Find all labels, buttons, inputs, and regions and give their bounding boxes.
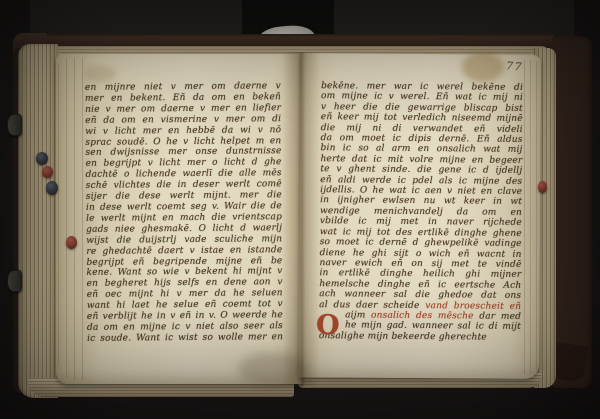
leather-cover-right-band — [552, 36, 592, 388]
page-stack-left-fore-edge — [18, 44, 58, 398]
folio-number: 77 — [506, 60, 524, 72]
parchment-stain — [462, 52, 504, 82]
parchment-stain — [84, 66, 116, 82]
rubric-text-run: vand broescheit eñ — [425, 301, 521, 312]
left-page-text-block: en mijnre niet v mer om daerne vmer en b… — [85, 81, 283, 344]
ink-text-run: en mijnre niet v mer om daerne v — [85, 81, 281, 93]
ink-text-run: eñ oec mijnt hi v mer da he seluen — [87, 288, 283, 300]
right-page-text-block: bekēne. mer war ic werel bekēne diom mij… — [319, 81, 523, 343]
page-marker-bead-red — [66, 236, 77, 249]
clasp-remnant — [7, 114, 22, 136]
clasp-remnant — [7, 270, 22, 292]
parchment-stain — [238, 352, 308, 386]
ink-text-run: aijm — [345, 310, 371, 320]
ink-text-run: dachtē o lichende waerlī die alle mēs — [86, 168, 282, 180]
ink-text-run: want hi laet he selue eñ coemt tot v — [87, 299, 283, 311]
ink-text-run: eñ da om en vismerine v mer om di — [85, 114, 281, 126]
page-marker-bead-red — [538, 181, 547, 193]
ink-text-run: in dese werlt coemt seg v. Wair die de — [86, 201, 282, 213]
manuscript-line: onsalighe mijn bekeerde gherechte — [319, 331, 521, 343]
page-marker-bead-dark — [36, 152, 48, 165]
page-marker-bead-dark — [46, 181, 58, 195]
ink-text-run: schē vlichtes die in deser werlt comē — [86, 179, 282, 191]
ink-text-run: wijst die duijstrlj vade sculiche mijn — [86, 234, 282, 246]
ink-text-run: al dus daer scheide — [319, 300, 425, 311]
right-page-leaf-curves — [524, 60, 540, 374]
ink-text-run: nie v mer om daerne v mer en liefier — [85, 103, 281, 115]
ink-text-run: ic soude. Want ic wist so wolle mer en — [87, 332, 283, 344]
manuscript-photo: en mijnre niet v mer om daerne vmer en b… — [0, 0, 600, 419]
ink-text-run: da om en mijne ic v niet also seer als — [87, 321, 283, 333]
page-marker-bead-red — [42, 166, 53, 178]
ink-text-run: le werlt mijnt en mach die vrientscap — [86, 212, 282, 224]
ink-text-run: gads niee ghesmakē. O licht d waerlj — [86, 223, 282, 235]
gutter-shadow — [282, 52, 320, 386]
ink-text-run: re ghedachtē daert v istae en istande — [86, 245, 282, 257]
ink-text-run: dar med — [474, 311, 521, 321]
ink-text-run: mer en bekent. Eñ da om en bekeñ — [85, 92, 281, 104]
ink-text-run: onsalighe mijn bekeerde gherechte — [319, 331, 487, 342]
manuscript-line: ic soude. Want ic wist so wolle mer en — [87, 332, 283, 345]
ink-text-run: wi v licht mer en hebbē da wi v nō — [85, 125, 281, 137]
ink-text-run: eñ verblijt he in v eñ in v. O weerde he — [87, 310, 283, 322]
left-page-leaf-curves — [58, 58, 88, 380]
ink-text-run: sijer die dese werlt mijnt. mer die — [86, 190, 282, 202]
rubricated-initial: O — [316, 312, 343, 340]
